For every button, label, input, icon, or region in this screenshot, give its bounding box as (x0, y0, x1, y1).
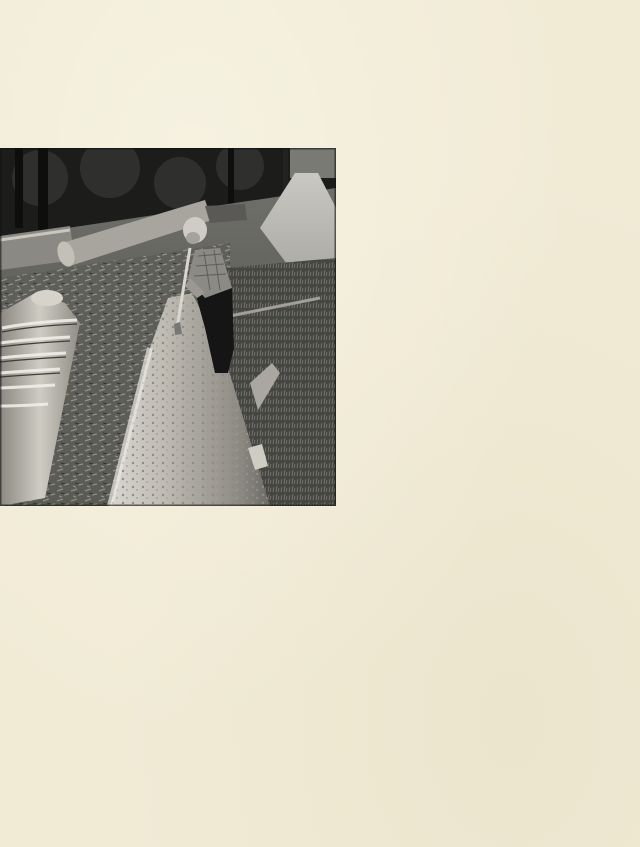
photograph (0, 148, 336, 506)
book-page: A bald man in a checked shirt and dark t… (0, 0, 640, 847)
photo-plate: A bald man in a checked shirt and dark t… (0, 148, 336, 506)
